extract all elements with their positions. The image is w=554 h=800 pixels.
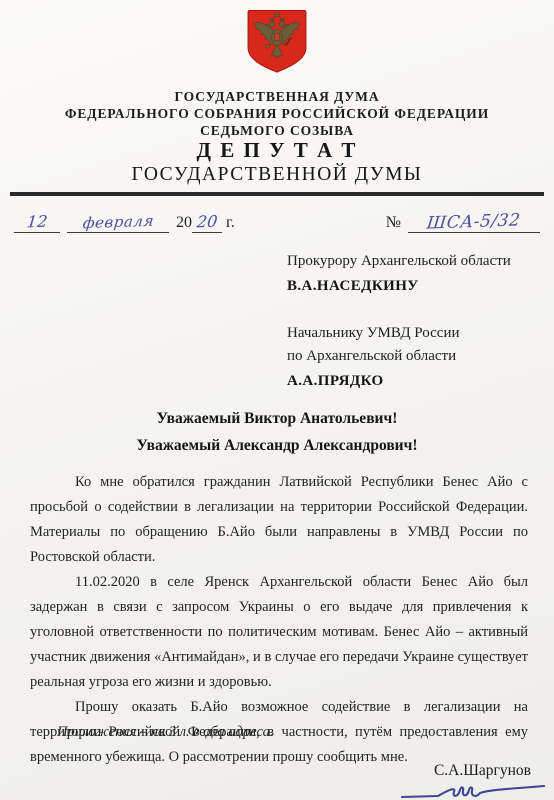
addressee-group-1: Прокурору Архангельской области В.А.НАСЕ…	[287, 250, 511, 298]
year-prefix-printed: 20	[176, 214, 192, 232]
signature-autograph	[396, 785, 546, 800]
salutation-block: Уважаемый Виктор Анатольевич! Уважаемый …	[0, 405, 554, 459]
addressee-block: Прокурору Архангельской области В.А.НАСЕ…	[287, 250, 511, 393]
salutation-line-1: Уважаемый Виктор Анатольевич!	[0, 405, 554, 432]
coat-of-arms-icon	[246, 8, 309, 76]
handwritten-doc-number: ШСА-5/32	[426, 210, 522, 233]
body-paragraph-1: Ко мне обратился гражданин Латвийской Ре…	[30, 470, 528, 570]
org-name-line-1: ГОСУДАРСТВЕННАЯ ДУМА	[0, 88, 554, 105]
date-month-slot: февраля	[67, 213, 169, 233]
attachments-note: Приложения – на 3 л. в оба адреса.	[57, 724, 273, 741]
date-field: 12 февраля 20 20 г.	[14, 212, 235, 233]
letterhead-divider-rule	[10, 192, 544, 196]
addressee-1-name: В.А.НАСЕДКИНУ	[287, 275, 511, 298]
number-sign-label: №	[386, 214, 401, 232]
body-paragraph-2: 11.02.2020 в селе Яренск Архангельской о…	[30, 570, 528, 695]
date-year-slot: 20	[192, 212, 222, 233]
letter-page: ГОСУДАРСТВЕННАЯ ДУМА ФЕДЕРАЛЬНОГО СОБРАН…	[0, 0, 554, 800]
letterhead-org-block: ГОСУДАРСТВЕННАЯ ДУМА ФЕДЕРАЛЬНОГО СОБРАН…	[0, 88, 554, 139]
addressee-1-title: Прокурору Архангельской области	[287, 250, 511, 273]
handwritten-day: 12	[26, 212, 48, 232]
addressee-2-title-line-2: по Архангельской области	[287, 345, 511, 368]
date-number-row: 12 февраля 20 20 г. № ШСА-5/32	[14, 203, 540, 239]
signatory-name: С.А.Шаргунов	[434, 762, 531, 780]
handwritten-year: 20	[196, 212, 218, 232]
addressee-2-name: А.А.ПРЯДКО	[287, 370, 511, 393]
org-name-line-2: ФЕДЕРАЛЬНОГО СОБРАНИЯ РОССИЙСКОЙ ФЕДЕРАЦ…	[0, 105, 554, 122]
doc-number-slot: ШСА-5/32	[408, 212, 540, 233]
addressee-2-title-line-1: Начальнику УМВД России	[287, 322, 511, 345]
org-name-line-3: СЕДЬМОГО СОЗЫВА	[0, 122, 554, 139]
doc-title-deputy: Д Е П У Т А Т	[0, 138, 554, 163]
letterhead-title-block: Д Е П У Т А Т ГОСУДАРСТВЕННОЙ ДУМЫ	[0, 138, 554, 186]
handwritten-month: февраля	[81, 212, 154, 232]
year-suffix: г.	[226, 214, 235, 232]
doc-title-duma: ГОСУДАРСТВЕННОЙ ДУМЫ	[0, 164, 554, 186]
date-day-slot: 12	[14, 212, 60, 233]
addressee-group-2: Начальнику УМВД России по Архангельской …	[287, 322, 511, 393]
doc-number-field: № ШСА-5/32	[386, 212, 540, 233]
salutation-line-2: Уважаемый Александр Александрович!	[0, 432, 554, 459]
